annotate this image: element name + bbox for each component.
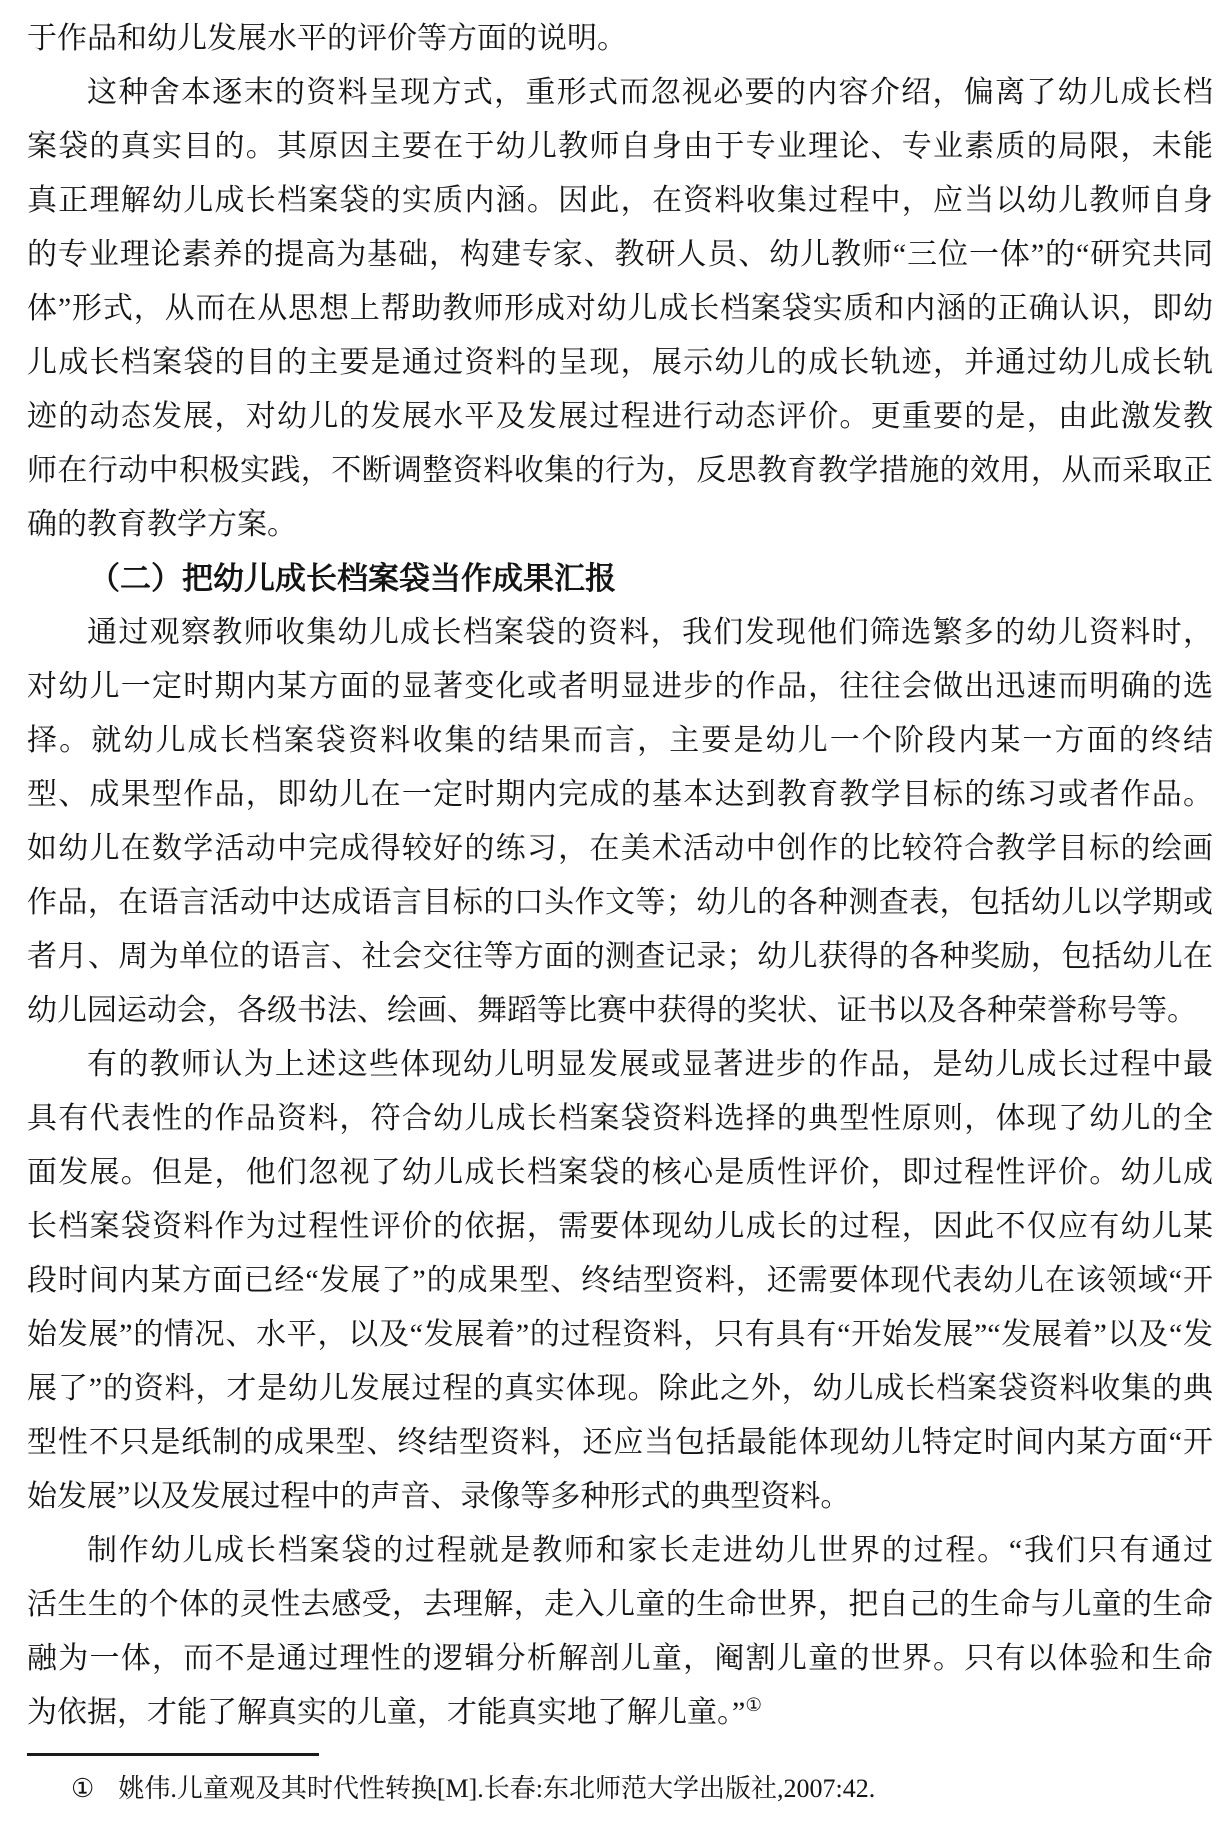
section-heading-line: （二）把幼儿成长档案袋当作成果汇报 bbox=[27, 552, 1213, 606]
line-text: 为依据，才能了解真实的儿童，才能真实地了解儿童。” bbox=[27, 1696, 745, 1729]
line-text: 幼儿园运动会，各级书法、绘画、舞蹈等比赛中获得的奖状、证书以及各种荣誉称号等。 bbox=[27, 994, 1197, 1027]
line-text: 于作品和幼儿发展水平的评价等方面的说明。 bbox=[27, 22, 627, 55]
text-line: 儿成长档案袋的目的主要是通过资料的呈现，展示幼儿的成长轨迹，并通过幼儿成长轨 bbox=[27, 336, 1213, 390]
text-line: 迹的动态发展，对幼儿的发展水平及发展过程进行动态评价。更重要的是，由此激发教 bbox=[27, 390, 1213, 444]
line-text: 真正理解幼儿成长档案袋的实质内涵。因此，在资料收集过程中，应当以幼儿教师自身 bbox=[27, 184, 1213, 217]
text-line: 段时间内某方面已经“发展了”的成果型、终结型资料，还需要体现代表幼儿在该领域“开 bbox=[27, 1254, 1213, 1308]
line-text: 面发展。但是，他们忽视了幼儿成长档案袋的核心是质性评价，即过程性评价。幼儿成 bbox=[27, 1156, 1213, 1189]
paragraph-2: 通过观察教师收集幼儿成长档案袋的资料，我们发现他们筛选繁多的幼儿资料时，对幼儿一… bbox=[27, 606, 1213, 1038]
text-line: 如幼儿在数学活动中完成得较好的练习，在美术活动中创作的比较符合教学目标的绘画 bbox=[27, 822, 1213, 876]
line-text: 展了”的资料，才是幼儿发展过程的真实体现。除此之外，幼儿成长档案袋资料收集的典 bbox=[27, 1372, 1213, 1405]
text-line: 有的教师认为上述这些体现幼儿明显发展或显著进步的作品，是幼儿成长过程中最 bbox=[27, 1038, 1213, 1092]
paragraph-4: 制作幼儿成长档案袋的过程就是教师和家长走进幼儿世界的过程。“我们只有通过活生生的… bbox=[27, 1524, 1213, 1740]
text-line: 于作品和幼儿发展水平的评价等方面的说明。 bbox=[27, 12, 1213, 66]
text-line: 活生生的个体的灵性去感受，去理解，走入儿童的生命世界，把自己的生命与儿童的生命 bbox=[27, 1578, 1213, 1632]
text-block: 于作品和幼儿发展水平的评价等方面的说明。这种舍本逐末的资料呈现方式，重形式而忽视… bbox=[27, 12, 1213, 1806]
line-text: 体”形式，从而在从思想上帮助教师形成对幼儿成长档案袋实质和内涵的正确认识，即幼 bbox=[27, 292, 1213, 325]
text-line: 这种舍本逐末的资料呈现方式，重形式而忽视必要的内容介绍，偏离了幼儿成长档 bbox=[27, 66, 1213, 120]
text-line: 者月、周为单位的语言、社会交往等方面的测查记录；幼儿获得的各种奖励，包括幼儿在 bbox=[27, 930, 1213, 984]
line-text: 的专业理论素养的提高为基础，构建专家、教研人员、幼儿教师“三位一体”的“研究共同 bbox=[27, 238, 1213, 271]
text-line: 制作幼儿成长档案袋的过程就是教师和家长走进幼儿世界的过程。“我们只有通过 bbox=[27, 1524, 1213, 1578]
line-text: 具有代表性的作品资料，符合幼儿成长档案袋资料选择的典型性原则，体现了幼儿的全 bbox=[27, 1102, 1213, 1135]
text-line: 作品，在语言活动中达成语言目标的口头作文等；幼儿的各种测查表，包括幼儿以学期或 bbox=[27, 876, 1213, 930]
paragraph-3: 有的教师认为上述这些体现幼儿明显发展或显著进步的作品，是幼儿成长过程中最具有代表… bbox=[27, 1038, 1213, 1524]
line-text: 始发展”的情况、水平，以及“发展着”的过程资料，只有具有“开始发展”“发展着”以… bbox=[27, 1318, 1213, 1351]
line-text: 案袋的真实目的。其原因主要在于幼儿教师自身由于专业理论、专业素质的局限，未能 bbox=[27, 130, 1213, 163]
text-line: 通过观察教师收集幼儿成长档案袋的资料，我们发现他们筛选繁多的幼儿资料时， bbox=[27, 606, 1213, 660]
line-text: 儿成长档案袋的目的主要是通过资料的呈现，展示幼儿的成长轨迹，并通过幼儿成长轨 bbox=[27, 346, 1213, 379]
line-text: 择。就幼儿成长档案袋资料收集的结果而言，主要是幼儿一个阶段内某一方面的终结 bbox=[27, 724, 1213, 757]
footnote-marker: ① bbox=[71, 1774, 94, 1803]
line-text: （二）把幼儿成长档案袋当作成果汇报 bbox=[89, 561, 616, 596]
line-text: 如幼儿在数学活动中完成得较好的练习，在美术活动中创作的比较符合教学目标的绘画 bbox=[27, 832, 1213, 865]
line-text: 作品，在语言活动中达成语言目标的口头作文等；幼儿的各种测查表，包括幼儿以学期或 bbox=[27, 886, 1213, 919]
text-line: 案袋的真实目的。其原因主要在于幼儿教师自身由于专业理论、专业素质的局限，未能 bbox=[27, 120, 1213, 174]
footnote-reference-marker: ① bbox=[745, 1695, 762, 1716]
footnote-text: 姚伟.儿童观及其时代性转换[M].长春:东北师范大学出版社,2007:42. bbox=[118, 1774, 875, 1803]
text-line: 型、成果型作品，即幼儿在一定时期内完成的基本达到教育教学目标的练习或者作品。 bbox=[27, 768, 1213, 822]
line-text: 长档案袋资料作为过程性评价的依据，需要体现幼儿成长的过程，因此不仅应有幼儿某 bbox=[27, 1210, 1213, 1243]
section-heading-2: （二）把幼儿成长档案袋当作成果汇报 bbox=[27, 552, 1213, 606]
line-text: 迹的动态发展，对幼儿的发展水平及发展过程进行动态评价。更重要的是，由此激发教 bbox=[27, 400, 1213, 433]
text-line: 择。就幼儿成长档案袋资料收集的结果而言，主要是幼儿一个阶段内某一方面的终结 bbox=[27, 714, 1213, 768]
text-line: 的专业理论素养的提高为基础，构建专家、教研人员、幼儿教师“三位一体”的“研究共同 bbox=[27, 228, 1213, 282]
line-text: 有的教师认为上述这些体现幼儿明显发展或显著进步的作品，是幼儿成长过程中最 bbox=[87, 1048, 1213, 1081]
text-line: 始发展”的情况、水平，以及“发展着”的过程资料，只有具有“开始发展”“发展着”以… bbox=[27, 1308, 1213, 1362]
line-text: 制作幼儿成长档案袋的过程就是教师和家长走进幼儿世界的过程。“我们只有通过 bbox=[87, 1534, 1213, 1567]
text-line: 融为一体，而不是通过理性的逻辑分析解剖儿童，阉割儿童的世界。只有以体验和生命 bbox=[27, 1632, 1213, 1686]
paragraph-1: 这种舍本逐末的资料呈现方式，重形式而忽视必要的内容介绍，偏离了幼儿成长档案袋的真… bbox=[27, 66, 1213, 552]
text-line: 为依据，才能了解真实的儿童，才能真实地了解儿童。”① bbox=[27, 1686, 1213, 1740]
text-line: 长档案袋资料作为过程性评价的依据，需要体现幼儿成长的过程，因此不仅应有幼儿某 bbox=[27, 1200, 1213, 1254]
document-page: 于作品和幼儿发展水平的评价等方面的说明。这种舍本逐末的资料呈现方式，重形式而忽视… bbox=[0, 0, 1225, 1828]
line-text: 型性不只是纸制的成果型、终结型资料，还应当包括最能体现幼儿特定时间内某方面“开 bbox=[27, 1426, 1213, 1459]
text-line: 确的教育教学方案。 bbox=[27, 498, 1213, 552]
line-text: 型、成果型作品，即幼儿在一定时期内完成的基本达到教育教学目标的练习或者作品。 bbox=[27, 778, 1213, 811]
line-text: 这种舍本逐末的资料呈现方式，重形式而忽视必要的内容介绍，偏离了幼儿成长档 bbox=[87, 76, 1213, 109]
line-text: 通过观察教师收集幼儿成长档案袋的资料，我们发现他们筛选繁多的幼儿资料时， bbox=[87, 616, 1213, 649]
paragraph-continuation: 于作品和幼儿发展水平的评价等方面的说明。 bbox=[27, 12, 1213, 66]
line-text: 确的教育教学方案。 bbox=[27, 508, 297, 541]
footnote: ①姚伟.儿童观及其时代性转换[M].长春:东北师范大学出版社,2007:42. bbox=[27, 1772, 1213, 1806]
line-text: 活生生的个体的灵性去感受，去理解，走入儿童的生命世界，把自己的生命与儿童的生命 bbox=[27, 1588, 1213, 1621]
text-line: 真正理解幼儿成长档案袋的实质内涵。因此，在资料收集过程中，应当以幼儿教师自身 bbox=[27, 174, 1213, 228]
line-text: 段时间内某方面已经“发展了”的成果型、终结型资料，还需要体现代表幼儿在该领域“开 bbox=[27, 1264, 1213, 1297]
text-line: 型性不只是纸制的成果型、终结型资料，还应当包括最能体现幼儿特定时间内某方面“开 bbox=[27, 1416, 1213, 1470]
line-text: 对幼儿一定时期内某方面的显著变化或者明显进步的作品，往往会做出迅速而明确的选 bbox=[27, 670, 1213, 703]
footnote-separator bbox=[27, 1753, 319, 1756]
text-line: 面发展。但是，他们忽视了幼儿成长档案袋的核心是质性评价，即过程性评价。幼儿成 bbox=[27, 1146, 1213, 1200]
text-line: 展了”的资料，才是幼儿发展过程的真实体现。除此之外，幼儿成长档案袋资料收集的典 bbox=[27, 1362, 1213, 1416]
line-text: 师在行动中积极实践，不断调整资料收集的行为，反思教育教学措施的效用，从而采取正 bbox=[27, 454, 1213, 487]
text-line: 对幼儿一定时期内某方面的显著变化或者明显进步的作品，往往会做出迅速而明确的选 bbox=[27, 660, 1213, 714]
text-line: 具有代表性的作品资料，符合幼儿成长档案袋资料选择的典型性原则，体现了幼儿的全 bbox=[27, 1092, 1213, 1146]
line-text: 始发展”以及发展过程中的声音、录像等多种形式的典型资料。 bbox=[27, 1480, 850, 1513]
text-line: 幼儿园运动会，各级书法、绘画、舞蹈等比赛中获得的奖状、证书以及各种荣誉称号等。 bbox=[27, 984, 1213, 1038]
text-line: 始发展”以及发展过程中的声音、录像等多种形式的典型资料。 bbox=[27, 1470, 1213, 1524]
text-line: 体”形式，从而在从思想上帮助教师形成对幼儿成长档案袋实质和内涵的正确认识，即幼 bbox=[27, 282, 1213, 336]
line-text: 者月、周为单位的语言、社会交往等方面的测查记录；幼儿获得的各种奖励，包括幼儿在 bbox=[27, 940, 1213, 973]
text-line: 师在行动中积极实践，不断调整资料收集的行为，反思教育教学措施的效用，从而采取正 bbox=[27, 444, 1213, 498]
line-text: 融为一体，而不是通过理性的逻辑分析解剖儿童，阉割儿童的世界。只有以体验和生命 bbox=[27, 1642, 1213, 1675]
